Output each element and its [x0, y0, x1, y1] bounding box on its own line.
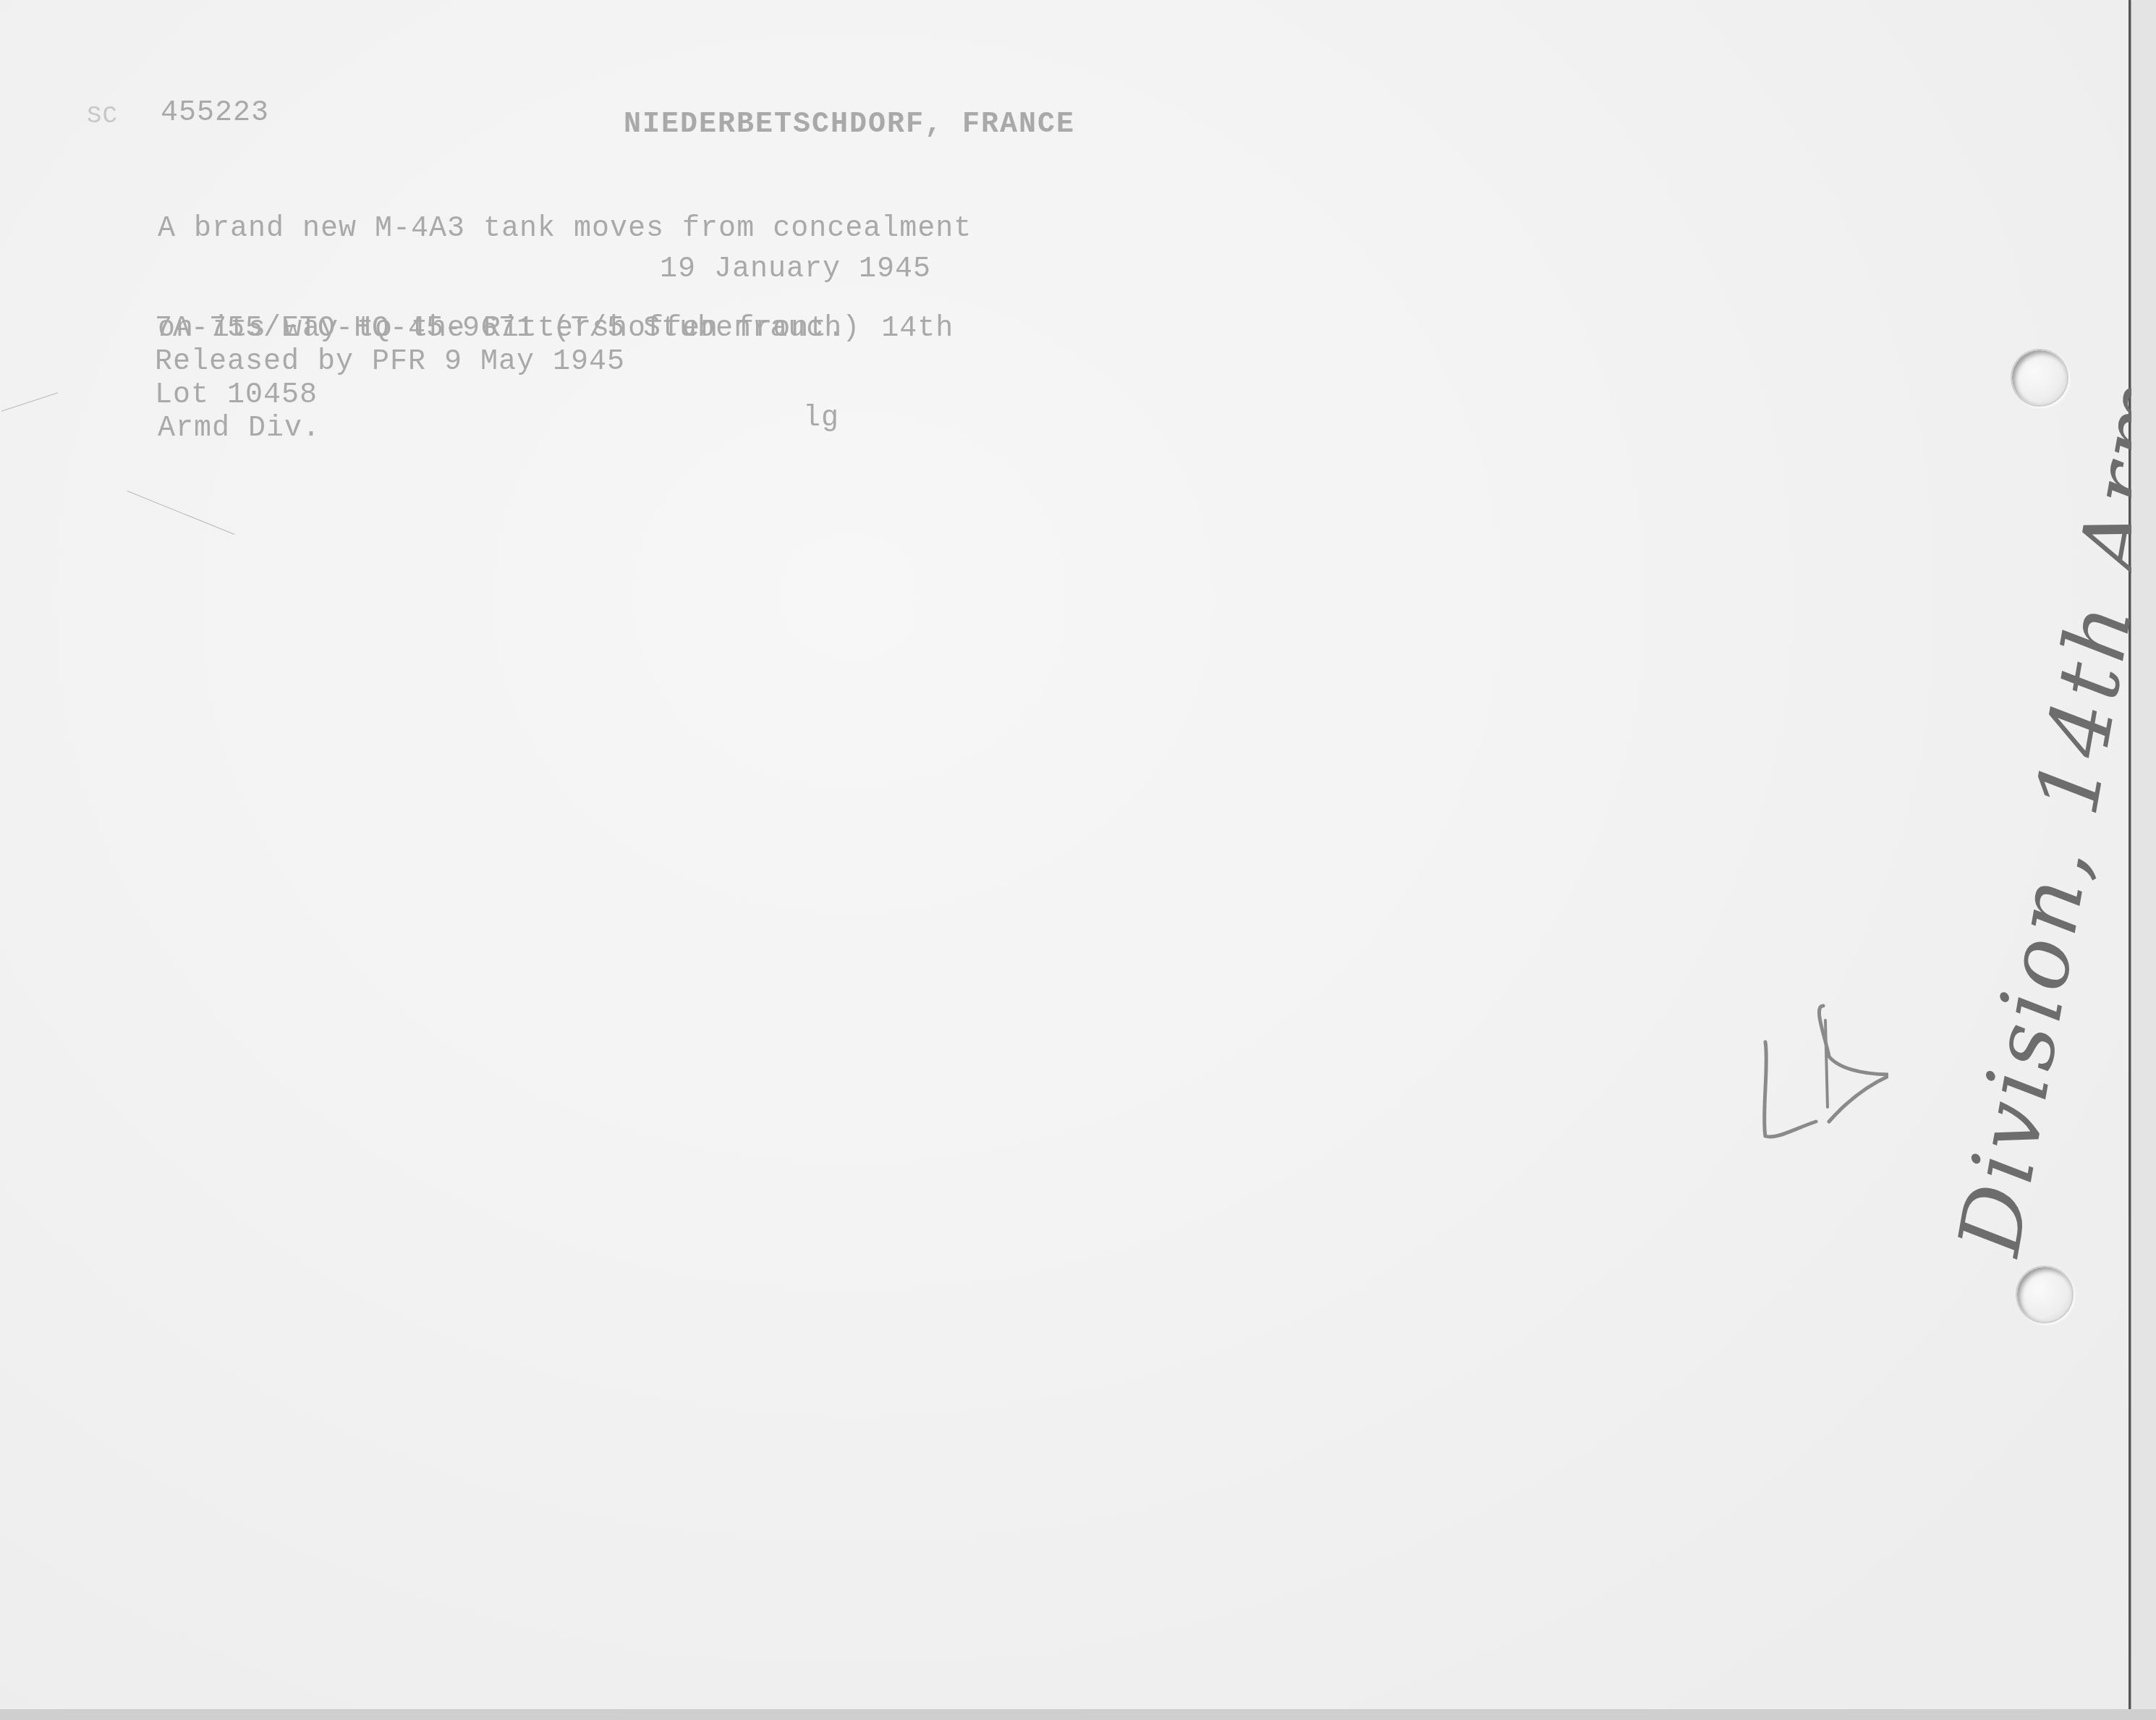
scan-edge — [2131, 0, 2156, 1720]
caption-line: Armd Div. — [158, 412, 972, 446]
handwritten-annotation: Division, 14th Armored - O/S — [1939, 0, 2156, 1262]
location: NIEDERBETSCHDORF, FRANCE — [624, 109, 1075, 142]
release-info: Released by PFR 9 May 1945 — [155, 346, 625, 379]
punch-hole — [2011, 349, 2068, 407]
sc-number: 455223 — [161, 97, 269, 130]
paper-scratch — [1, 392, 58, 411]
punch-hole — [2016, 1266, 2074, 1323]
sc-prefix: SC — [87, 100, 118, 133]
handwritten-f-mark — [1744, 999, 1888, 1172]
lot-number: Lot 10458 — [155, 379, 318, 412]
caption-card: SC 455223 NIEDERBETSCHDORF, FRANCE A bra… — [0, 0, 2131, 1709]
file-code: lg — [803, 402, 839, 436]
scan-edge — [0, 1709, 2156, 1720]
caption-line: A brand new M-4A3 tank moves from concea… — [158, 213, 972, 246]
reference-number: 7A-755/ETO-HQ-45-9671 (T/5 Stubenrauch) — [155, 313, 860, 346]
photo-date: 19 January 1945 — [660, 253, 931, 287]
